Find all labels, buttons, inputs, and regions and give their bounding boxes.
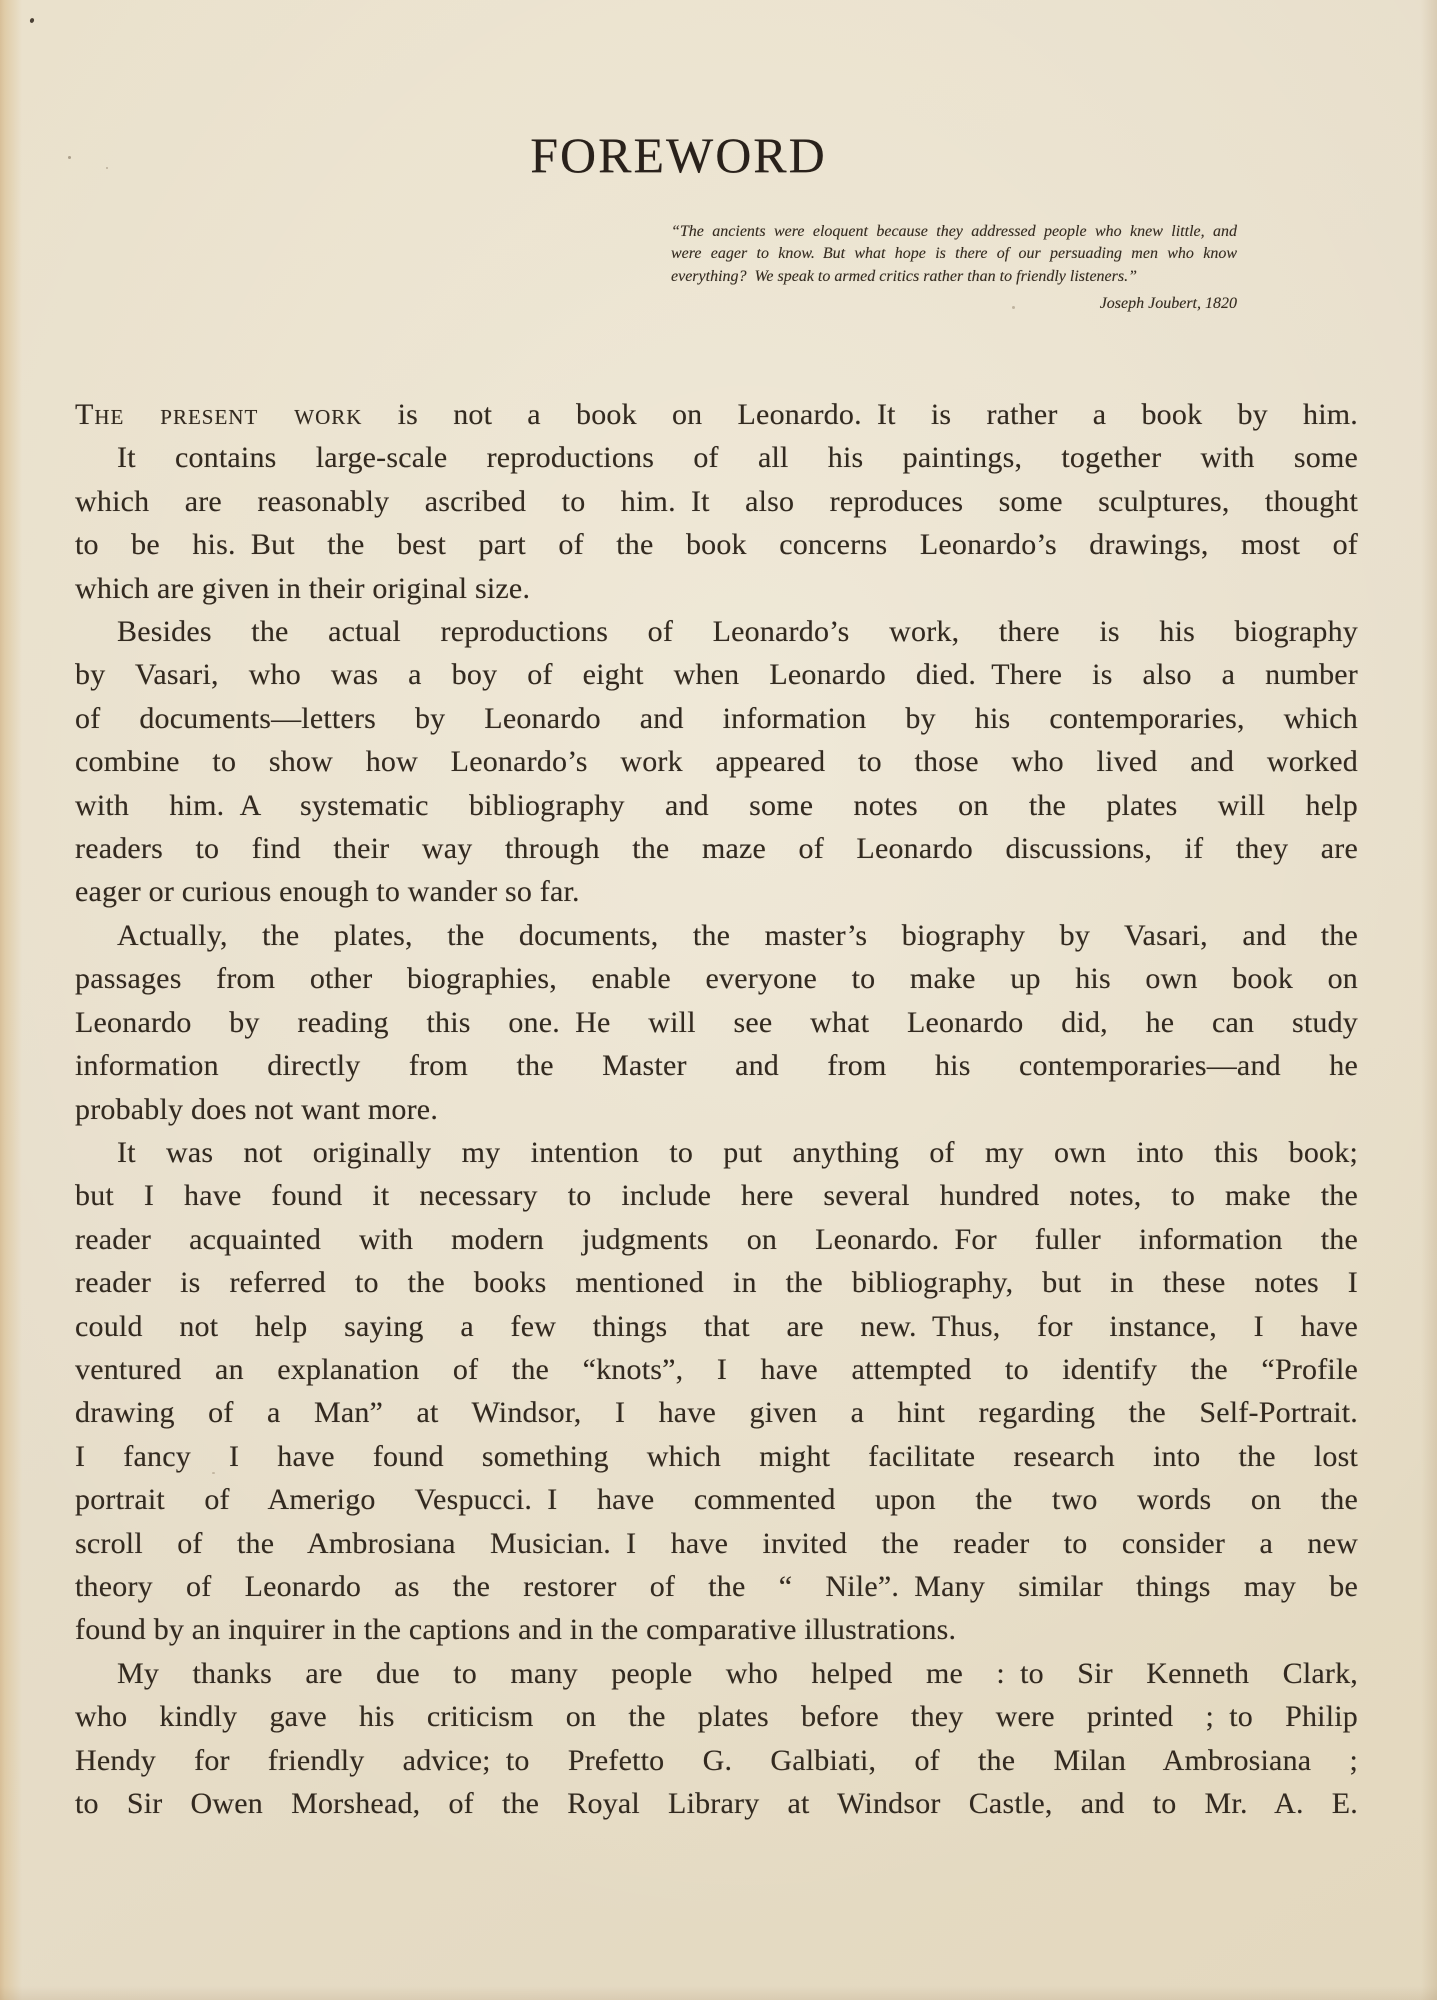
body-line: My thanks are due to many people who hel…	[75, 1652, 1358, 1695]
body-line: eager or curious enough to wander so far…	[75, 870, 1358, 913]
epigraph-quote: “The ancients were eloquent because they…	[671, 221, 1237, 288]
body-line: which are reasonably ascribed to him. It…	[75, 480, 1358, 523]
epigraph-line: “The ancients were eloquent because they…	[671, 221, 1237, 243]
epigraph-line: were eager to know. But what hope is the…	[671, 243, 1237, 265]
body-line: I fancy I have found something which mig…	[75, 1435, 1358, 1478]
body-line: portrait of Amerigo Vespucci. I have com…	[75, 1478, 1358, 1521]
page-bottom-edge-shadow	[0, 1986, 1437, 2000]
body-line: readers to find their way through the ma…	[75, 827, 1358, 870]
body-line: who kindly gave his criticism on the pla…	[75, 1695, 1358, 1738]
body-line: which are given in their original size.	[75, 567, 1358, 610]
epigraph-attribution: Joseph Joubert, 1820	[671, 293, 1237, 315]
foreword-body-text: The present work is not a book on Leonar…	[75, 393, 1358, 1825]
body-line: Besides the actual reproductions of Leon…	[75, 610, 1358, 653]
body-line: with him. A systematic bibliography and …	[75, 784, 1358, 827]
epigraph: “The ancients were eloquent because they…	[671, 221, 1237, 316]
body-line: theory of Leonardo as the restorer of th…	[75, 1565, 1358, 1608]
body-line: Leonardo by reading this one. He will se…	[75, 1001, 1358, 1044]
body-line: but I have found it necessary to include…	[75, 1174, 1358, 1217]
body-line: probably does not want more.	[75, 1088, 1358, 1131]
body-line: ventured an explanation of the “knots”, …	[75, 1348, 1358, 1391]
body-line: of documents—letters by Leonardo and inf…	[75, 697, 1358, 740]
page-title: FOREWORD	[37, 130, 1320, 180]
body-line: could not help saying a few things that …	[75, 1305, 1358, 1348]
body-line: by Vasari, who was a boy of eight when L…	[75, 653, 1358, 696]
epigraph-line: everything? We speak to armed critics ra…	[671, 266, 1237, 288]
page-right-edge-shadow	[1421, 0, 1437, 2000]
body-line: Hendy for friendly advice; to Prefetto G…	[75, 1739, 1358, 1782]
body-line: Actually, the plates, the documents, the…	[75, 914, 1358, 957]
body-line: reader is referred to the books mentione…	[75, 1261, 1358, 1304]
body-line: reader acquainted with modern judgments …	[75, 1218, 1358, 1261]
body-line: The present work is not a book on Leonar…	[75, 393, 1358, 436]
body-line: It was not originally my intention to pu…	[75, 1131, 1358, 1174]
body-line: scroll of the Ambrosiana Musician. I hav…	[75, 1522, 1358, 1565]
body-line: combine to show how Leonardo’s work appe…	[75, 740, 1358, 783]
body-line: to Sir Owen Morshead, of the Royal Libra…	[75, 1782, 1358, 1825]
body-line: It contains large-scale reproductions of…	[75, 436, 1358, 479]
body-line: to be his. But the best part of the book…	[75, 523, 1358, 566]
page-binding-edge-shadow	[0, 0, 22, 2000]
body-line: information directly from the Master and…	[75, 1044, 1358, 1087]
book-page: FOREWORD “The ancients were eloquent bec…	[0, 0, 1437, 2000]
body-line: passages from other biographies, enable …	[75, 957, 1358, 1000]
paper-speck	[29, 17, 35, 23]
smallcaps-lead: The present work	[75, 398, 362, 431]
body-line: found by an inquirer in the captions and…	[75, 1608, 1358, 1651]
body-line: drawing of a Man” at Windsor, I have giv…	[75, 1391, 1358, 1434]
